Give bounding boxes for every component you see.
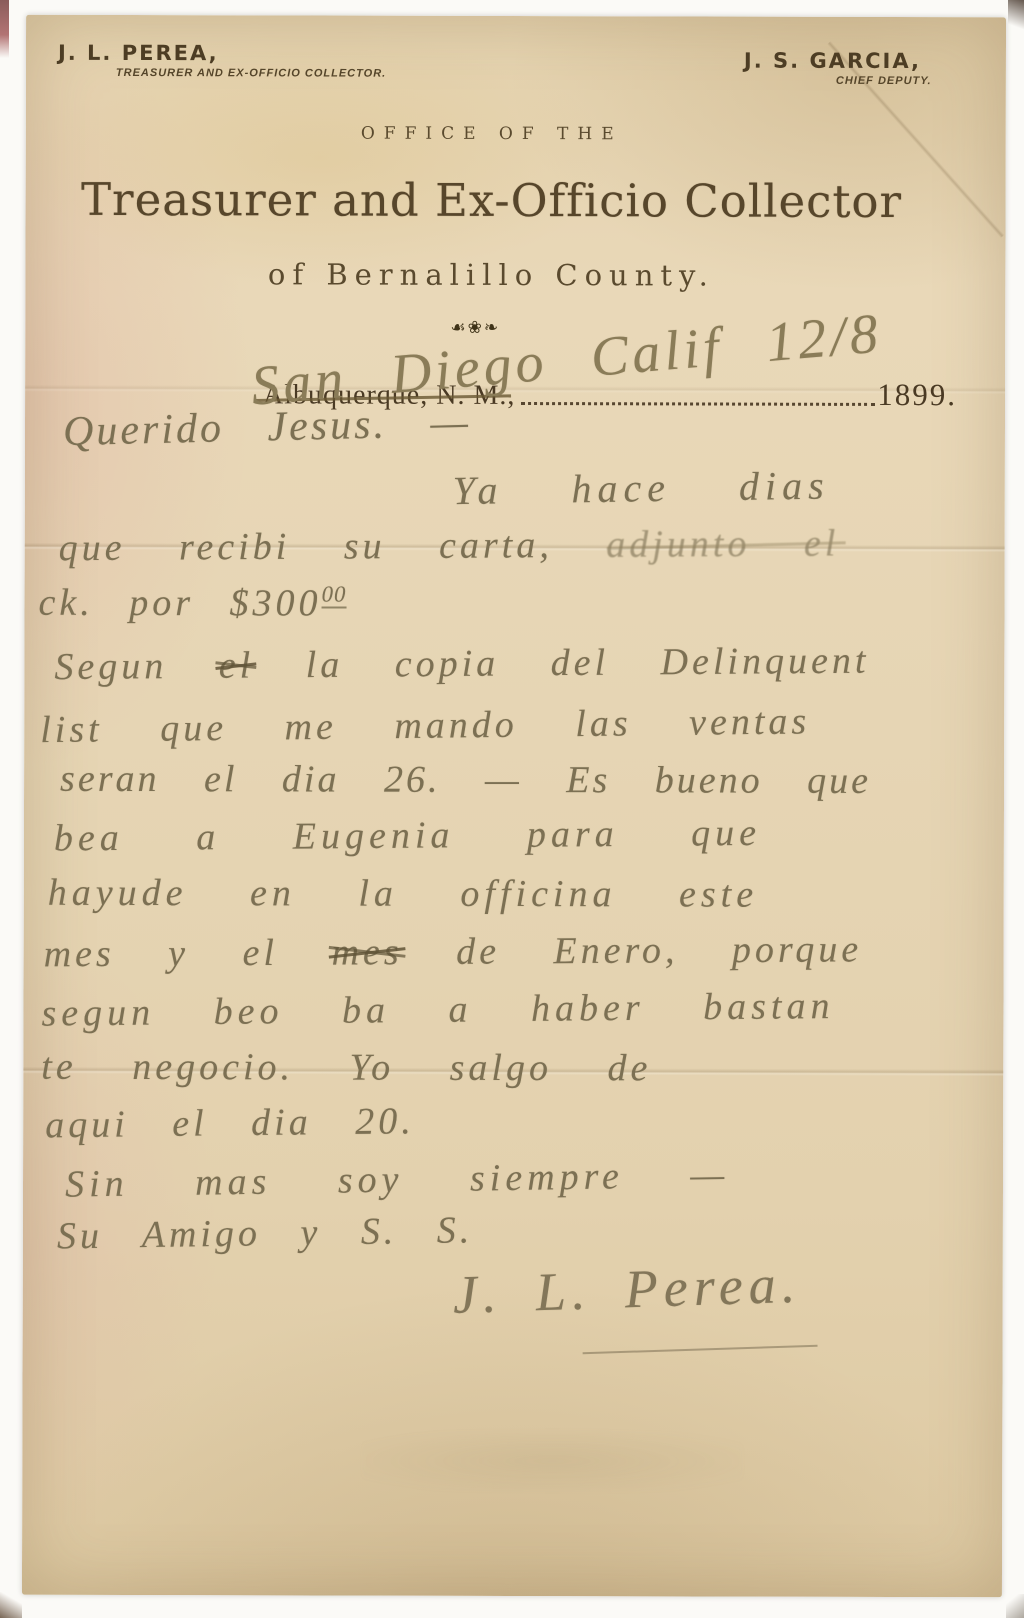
carta-smudged-text: adjunto el [606, 522, 839, 565]
closing-line-sin-mas: Sin mas soy siempre — [65, 1153, 730, 1207]
check-cents: 00 [322, 582, 347, 609]
body-line-carta: que recibi su carta, adjunto el [59, 521, 840, 570]
scanned-letter: J. L. PEREA, TREASURER AND EX-OFFICIO CO… [0, 0, 1024, 1618]
body-line-opening: Ya hace dias [453, 462, 830, 515]
official-name-left: J. L. PEREA, [58, 41, 219, 65]
scan-artifact-top-left [0, 0, 9, 58]
dotted-leader-line [521, 401, 875, 406]
body-line-hayude: hayude en la officina este [48, 871, 758, 917]
segun-struck-word: el [219, 643, 255, 687]
body-line-segun: Segun el la copia del Delinquent [54, 639, 869, 689]
signature-flourish-underline [583, 1345, 818, 1355]
body-line-seran: seran el dia 26. — Es bueno que [60, 757, 871, 803]
official-name-right: J. S. GARCIA, [744, 49, 921, 73]
official-title-left: TREASURER AND EX-OFFICIO COLLECTOR. [116, 67, 386, 80]
scan-artifact-top-right [1008, 0, 1024, 34]
body-line-list: list que me mando las ventas [40, 699, 810, 752]
check-text: ck. por $300 [38, 582, 321, 625]
mes-struck-word: mes [331, 930, 402, 974]
body-line-te: te negocio. Yo salgo de [41, 1045, 651, 1091]
body-line-aqui: aqui el dia 20. [45, 1099, 415, 1147]
mes-post: de Enero, porque [402, 928, 862, 973]
letterhead-main-title: Treasurer and Ex-Officio Collector [2, 173, 982, 229]
salutation-line: Querido Jesus. — [62, 399, 471, 457]
segun-post: la copia del Delinquent [254, 640, 870, 687]
signature: J. L. Perea. [452, 1253, 802, 1326]
printed-year: 1899. [877, 377, 957, 413]
segun-pre: Segun [54, 645, 219, 688]
letter-paper: J. L. PEREA, TREASURER AND EX-OFFICIO CO… [22, 15, 1006, 1598]
body-line-mes: mes y el mes de Enero, porque [43, 927, 862, 976]
scan-artifact-bottom-right [1006, 1594, 1024, 1618]
official-title-right: CHIEF DEPUTY. [836, 75, 932, 87]
letterhead-subtitle: of Bernalillo County. [1, 257, 981, 294]
closing-line-amigo: Su Amigo y S. S. [57, 1208, 474, 1258]
body-line-check: ck. por $30000 [38, 581, 346, 626]
office-of-the-line: OFFICE OF THE [2, 123, 982, 146]
carta-text: que recibi su carta, [59, 524, 553, 569]
body-line-bea: bea a Eugenia para que [54, 811, 761, 861]
scan-artifact-bottom-left [0, 1592, 22, 1618]
ink-bleedthrough [362, 1431, 742, 1492]
body-line-segun2: segun beo ba a haber bastan [41, 984, 834, 1036]
mes-pre: mes y el [43, 932, 331, 976]
